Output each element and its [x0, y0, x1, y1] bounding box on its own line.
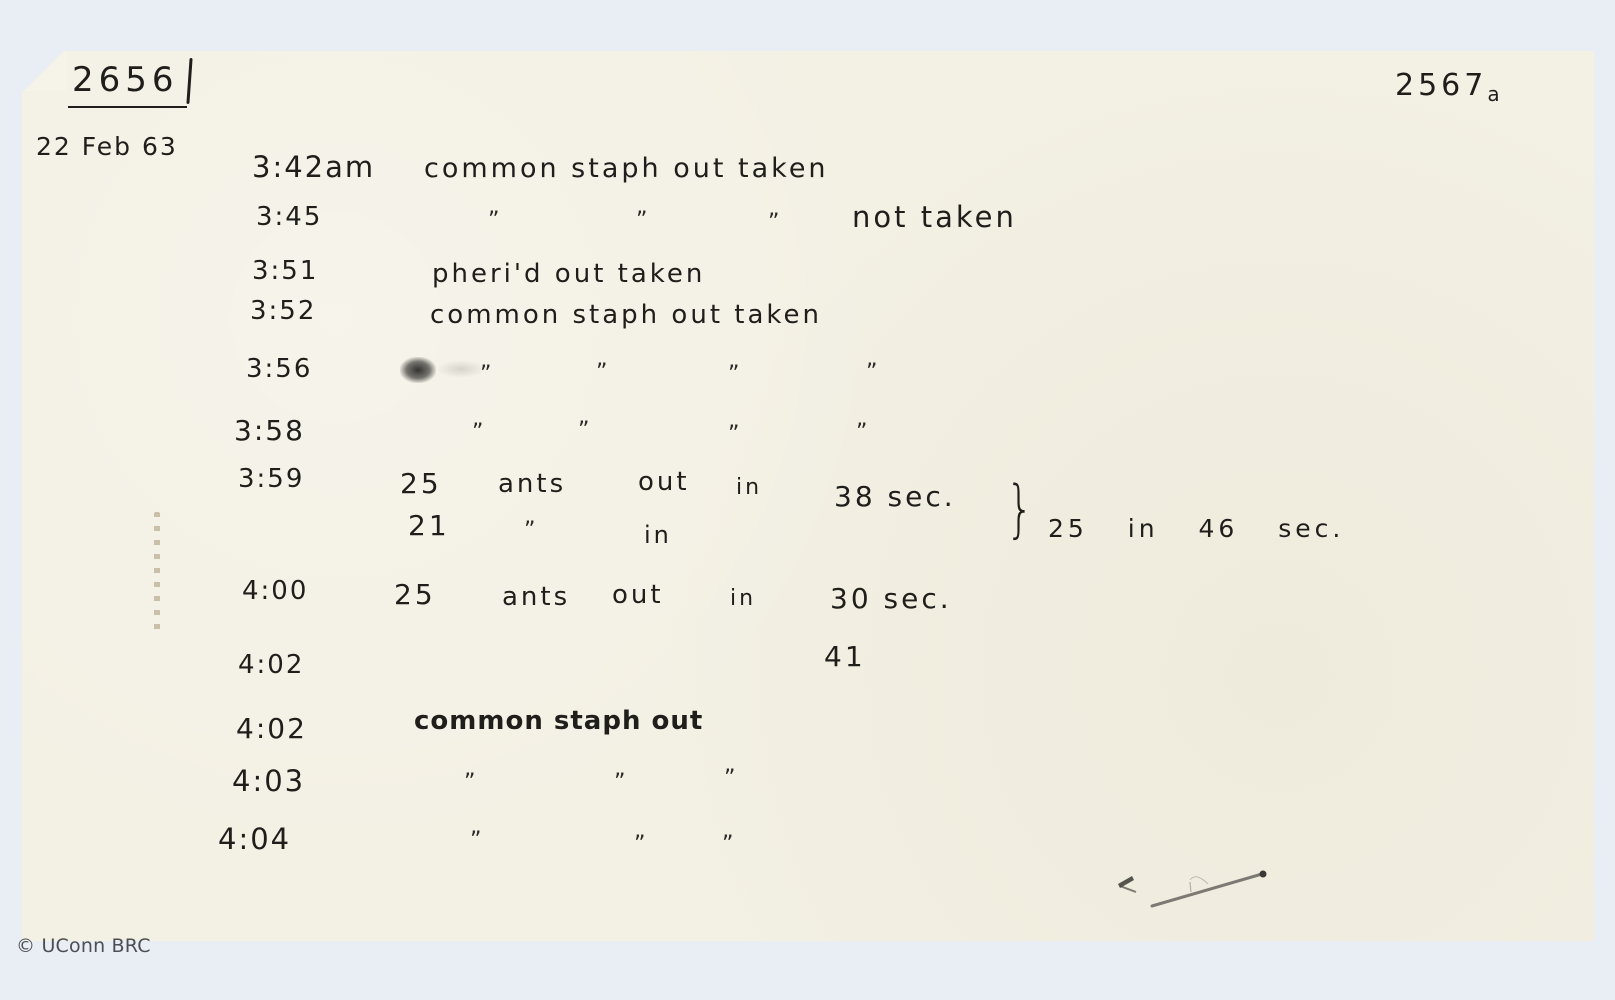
entry-time: 3:51	[252, 256, 318, 286]
catalog-number: 2656	[68, 60, 187, 108]
entry-label: ants	[498, 469, 566, 499]
entry-preposition: in	[736, 475, 762, 500]
entry-direction: in	[644, 521, 672, 549]
entry-value: 38 sec.	[834, 480, 956, 513]
ditto-mark: ”	[722, 832, 734, 857]
entry-count: 25	[394, 578, 436, 611]
ditto-mark: ”	[728, 362, 740, 387]
entry-text: common staph out taken	[430, 300, 822, 330]
ditto-mark: ”	[488, 208, 500, 233]
ditto-mark: ”	[728, 422, 740, 447]
ditto-mark: ”	[768, 210, 780, 235]
ditto-mark: ”	[866, 360, 878, 385]
ditto-mark: ”	[636, 208, 648, 233]
entry-direction: out	[612, 580, 664, 610]
ditto-mark: ”	[470, 828, 482, 853]
ditto-mark: ”	[856, 420, 868, 445]
entry-text: not taken	[852, 200, 1017, 234]
ditto-mark: ”	[634, 832, 646, 857]
entry-value: 30 sec.	[830, 582, 952, 615]
erasure-mark	[436, 360, 486, 378]
copyright-label: © UConn BRC	[16, 935, 151, 957]
entry-label: ants	[502, 582, 570, 612]
entry-time: 4:02	[238, 650, 304, 680]
entry-count: 25	[400, 467, 442, 500]
ditto-mark: ”	[724, 766, 736, 791]
entry-time: 4:04	[218, 822, 291, 856]
entry-text: common staph out taken	[424, 153, 829, 184]
ditto-mark: ”	[480, 362, 492, 387]
entry-count: 21	[408, 509, 450, 542]
entry-value: 41	[824, 640, 866, 673]
reference-number-main: 2567	[1395, 68, 1487, 103]
entry-time: 4:03	[232, 764, 305, 798]
pen-scribble-mark	[1112, 862, 1272, 910]
ink-smudge	[400, 357, 436, 383]
entry-time: 3:58	[234, 414, 305, 447]
index-card	[22, 51, 1594, 941]
reference-number-suffix: a	[1487, 82, 1499, 106]
entry-text: pheri'd out taken	[432, 259, 705, 289]
reference-number: 2567a	[1395, 68, 1500, 106]
ditto-mark: ”	[614, 770, 626, 795]
bracket-note: 25 in 46 sec.	[1048, 514, 1344, 543]
entry-preposition: in	[730, 586, 756, 611]
ditto-mark: ”	[578, 418, 590, 443]
grouping-brace: }	[1006, 478, 1034, 540]
entry-time: 4:02	[236, 712, 307, 745]
entry-text: common staph out	[414, 706, 703, 736]
ditto-mark: ”	[472, 420, 484, 445]
ditto-mark: ”	[524, 518, 536, 543]
paper-stain-marks	[154, 512, 160, 632]
entry-direction: out	[638, 467, 690, 497]
ditto-mark: ”	[596, 360, 608, 385]
entry-time: 3:45	[256, 202, 322, 232]
entry-time: 3:42am	[252, 150, 375, 184]
entry-time: 3:59	[238, 464, 304, 494]
folded-corner-flap	[22, 51, 66, 91]
card-date: 22 Feb 63	[36, 132, 178, 161]
entry-time: 3:56	[246, 354, 312, 384]
ditto-mark: ”	[464, 770, 476, 795]
entry-time: 4:00	[242, 576, 308, 606]
entry-time: 3:52	[250, 296, 316, 326]
